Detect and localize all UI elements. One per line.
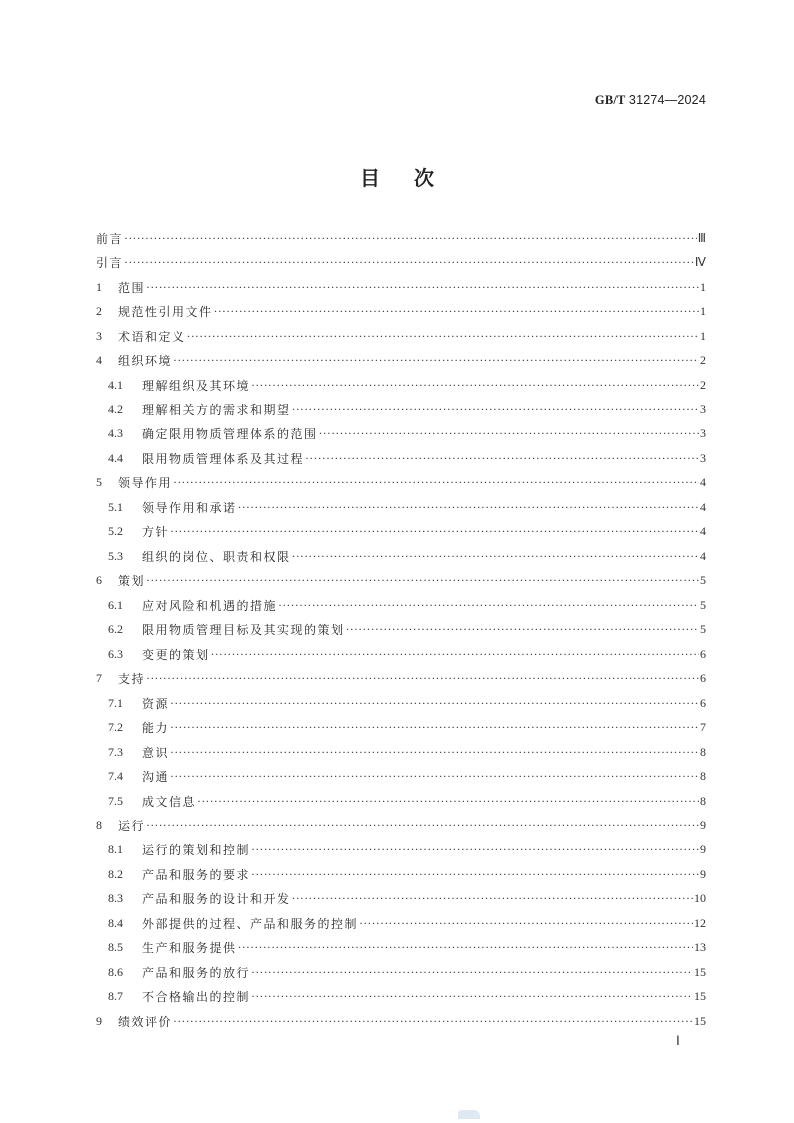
dot-leader (187, 329, 699, 344)
toc-entry[interactable]: 4.4限用物质管理体系及其过程3 (96, 446, 706, 470)
dot-leader (124, 231, 697, 246)
toc-entry-label: 组织的岗位、职责和权限 (142, 548, 291, 565)
toc-entry-number: 8.7 (108, 989, 142, 1004)
toc-entry-label: 引言 (96, 254, 123, 271)
toc-entry-number: 5 (96, 475, 118, 490)
standard-prefix: GB/T (595, 93, 626, 107)
toc-entry[interactable]: 7.2能力7 (96, 715, 706, 739)
toc-entry-label: 支持 (118, 670, 145, 687)
toc-entry-page: 2 (700, 378, 706, 393)
toc-entry[interactable]: 4组织环境2 (96, 348, 706, 372)
page-title: 目次 (0, 162, 794, 191)
toc-entry-page: Ⅲ (698, 231, 706, 246)
toc-entry-label: 生产和服务提供 (142, 939, 237, 956)
dot-leader (319, 426, 699, 441)
toc-entry-page: 7 (700, 720, 706, 735)
toc-entry-label: 领导作用和承诺 (142, 499, 237, 516)
toc-entry-number: 7 (96, 671, 118, 686)
toc-entry[interactable]: 2规范性引用文件1 (96, 299, 706, 323)
toc-entry[interactable]: 7.4沟通8 (96, 764, 706, 788)
toc-entry-page: 9 (700, 818, 706, 833)
toc-entry-label: 前言 (96, 230, 123, 247)
toc-entry-page: 2 (700, 353, 706, 368)
toc-entry-page: 3 (700, 426, 706, 441)
dot-leader (170, 720, 699, 735)
toc-entry-label: 限用物质管理体系及其过程 (142, 450, 304, 467)
toc-entry[interactable]: 6.3变更的策划6 (96, 642, 706, 666)
toc-entry-label: 理解相关方的需求和期望 (142, 401, 291, 418)
toc-entry-page: 12 (694, 916, 706, 931)
toc-entry-label: 能力 (142, 719, 169, 736)
toc-entry-page: 4 (700, 475, 706, 490)
toc-entry-label: 应对风险和机遇的措施 (142, 597, 277, 614)
toc-entry-label: 意识 (142, 744, 169, 761)
dot-leader (238, 940, 693, 955)
toc-entry-number: 8.5 (108, 940, 142, 955)
toc-entry-number: 4.3 (108, 426, 142, 441)
toc-entry-page: 13 (694, 940, 706, 955)
toc-entry[interactable]: 4.1理解组织及其环境2 (96, 373, 706, 397)
toc-entry-label: 资源 (142, 695, 169, 712)
toc-entry[interactable]: 7支持6 (96, 666, 706, 690)
dot-leader (214, 304, 699, 319)
toc-entry-label: 术语和定义 (118, 328, 186, 345)
dot-leader (292, 402, 699, 417)
toc-entry-number: 8.2 (108, 867, 142, 882)
toc-entry-page: 8 (700, 745, 706, 760)
dot-leader (359, 916, 693, 931)
toc-entry[interactable]: 8.1运行的策划和控制9 (96, 838, 706, 862)
toc-entry-number: 7.5 (108, 794, 142, 809)
toc-entry[interactable]: 3术语和定义1 (96, 324, 706, 348)
toc-entry[interactable]: 8.4外部提供的过程、产品和服务的控制12 (96, 911, 706, 935)
toc-entry[interactable]: 5.1领导作用和承诺4 (96, 495, 706, 519)
dot-leader (170, 745, 699, 760)
toc-entry-page: 9 (700, 842, 706, 857)
toc-entry-page: Ⅳ (695, 255, 706, 270)
toc-entry-page: 5 (700, 622, 706, 637)
toc-entry-number: 4.4 (108, 451, 142, 466)
toc-entry-number: 2 (96, 304, 118, 319)
toc-entry[interactable]: 前言Ⅲ (96, 226, 706, 250)
dot-leader (173, 1014, 693, 1029)
dot-leader (278, 598, 699, 613)
toc-entry[interactable]: 8.3产品和服务的设计和开发10 (96, 887, 706, 911)
toc-entry-page: 5 (700, 573, 706, 588)
toc-entry-number: 4 (96, 353, 118, 368)
toc-entry[interactable]: 4.2理解相关方的需求和期望3 (96, 397, 706, 421)
dot-leader (292, 549, 699, 564)
toc-entry-number: 6.3 (108, 647, 142, 662)
toc-entry-number: 5.3 (108, 549, 142, 564)
toc-entry-number: 5.1 (108, 500, 142, 515)
toc-entry-number: 6.1 (108, 598, 142, 613)
toc-entry-page: 8 (700, 769, 706, 784)
toc-entry[interactable]: 9绩效评价15 (96, 1009, 706, 1033)
toc-entry[interactable]: 5.2方针4 (96, 520, 706, 544)
toc-entry-number: 8.3 (108, 891, 142, 906)
toc-entry-page: 4 (700, 524, 706, 539)
toc-entry-page: 3 (700, 451, 706, 466)
dot-leader (173, 475, 699, 490)
toc-entry[interactable]: 8.7不合格输出的控制15 (96, 985, 706, 1009)
toc-entry[interactable]: 8.6产品和服务的放行15 (96, 960, 706, 984)
toc-entry[interactable]: 8运行9 (96, 813, 706, 837)
toc-entry[interactable]: 5领导作用4 (96, 471, 706, 495)
toc-entry-label: 不合格输出的控制 (142, 988, 250, 1005)
toc-entry-label: 策划 (118, 572, 145, 589)
toc-entry-page: 10 (694, 891, 706, 906)
toc-entry-page: 8 (700, 794, 706, 809)
toc-entry-number: 6 (96, 573, 118, 588)
toc-entry-label: 沟通 (142, 768, 169, 785)
toc-entry-page: 15 (694, 1014, 706, 1029)
dot-leader (346, 622, 699, 637)
dot-leader (251, 867, 699, 882)
toc-entry-number: 7.1 (108, 696, 142, 711)
toc-entry-number: 7.3 (108, 745, 142, 760)
dot-leader (251, 842, 699, 857)
toc-entry[interactable]: 8.2产品和服务的要求9 (96, 862, 706, 886)
toc-entry-page: 6 (700, 671, 706, 686)
toc-entry-label: 产品和服务的设计和开发 (142, 890, 291, 907)
dot-leader (292, 891, 693, 906)
toc-entry-page: 1 (700, 329, 706, 344)
dot-leader (124, 255, 694, 270)
dot-leader (238, 500, 699, 515)
toc-entry-number: 3 (96, 329, 118, 344)
toc-entry-number: 8.6 (108, 965, 142, 980)
toc-entry-number: 7.4 (108, 769, 142, 784)
toc-entry-number: 8 (96, 818, 118, 833)
dot-leader (170, 696, 699, 711)
toc-entry-label: 范围 (118, 279, 145, 296)
toc-entry-label: 外部提供的过程、产品和服务的控制 (142, 915, 358, 932)
toc-entry-page: 4 (700, 500, 706, 515)
toc-entry-number: 8.1 (108, 842, 142, 857)
toc-entry-number: 8.4 (108, 916, 142, 931)
toc-entry[interactable]: 6.1应对风险和机遇的措施5 (96, 593, 706, 617)
toc-entry[interactable]: 1范围1 (96, 275, 706, 299)
toc-entry[interactable]: 7.5成文信息8 (96, 789, 706, 813)
standard-number: GB/T 31274—2024 (595, 93, 706, 108)
toc-entry-page: 15 (694, 965, 706, 980)
toc-entry-label: 确定限用物质管理体系的范围 (142, 425, 318, 442)
toc-entry-label: 理解组织及其环境 (142, 377, 250, 394)
dot-leader (305, 451, 699, 466)
toc-entry[interactable]: 6策划5 (96, 569, 706, 593)
dot-leader (170, 769, 699, 784)
toc-entry-number: 7.2 (108, 720, 142, 735)
table-of-contents: 前言Ⅲ引言Ⅳ1范围12规范性引用文件13术语和定义14组织环境24.1理解组织及… (96, 226, 706, 1033)
toc-entry-page: 3 (700, 402, 706, 417)
toc-entry-number: 4.1 (108, 378, 142, 393)
page-number: Ⅰ (676, 1033, 680, 1049)
dot-leader (173, 353, 699, 368)
watermark-icon (458, 1110, 480, 1119)
toc-entry-label: 限用物质管理目标及其实现的策划 (142, 621, 345, 638)
toc-entry[interactable]: 6.2限用物质管理目标及其实现的策划5 (96, 618, 706, 642)
toc-entry-number: 6.2 (108, 622, 142, 637)
toc-entry-label: 规范性引用文件 (118, 303, 213, 320)
toc-entry-label: 绩效评价 (118, 1013, 172, 1030)
toc-entry-label: 领导作用 (118, 474, 172, 491)
toc-entry-page: 5 (700, 598, 706, 613)
toc-entry-page: 1 (700, 280, 706, 295)
toc-entry-page: 15 (694, 989, 706, 1004)
toc-entry-label: 产品和服务的要求 (142, 866, 250, 883)
dot-leader (146, 818, 699, 833)
toc-entry-label: 方针 (142, 523, 169, 540)
toc-entry-page: 9 (700, 867, 706, 882)
toc-entry-page: 6 (700, 647, 706, 662)
dot-leader (251, 989, 693, 1004)
toc-entry[interactable]: 引言Ⅳ (96, 250, 706, 274)
toc-entry-label: 成文信息 (142, 793, 196, 810)
toc-entry-page: 1 (700, 304, 706, 319)
standard-code: 31274—2024 (629, 93, 706, 107)
toc-entry-label: 组织环境 (118, 352, 172, 369)
toc-entry-label: 变更的策划 (142, 646, 210, 663)
toc-entry-label: 运行的策划和控制 (142, 841, 250, 858)
dot-leader (146, 280, 699, 295)
dot-leader (211, 647, 699, 662)
toc-entry-number: 4.2 (108, 402, 142, 417)
toc-entry-number: 5.2 (108, 524, 142, 539)
toc-entry-number: 1 (96, 280, 118, 295)
toc-entry[interactable]: 8.5生产和服务提供13 (96, 936, 706, 960)
toc-entry[interactable]: 7.1资源6 (96, 691, 706, 715)
toc-entry-label: 运行 (118, 817, 145, 834)
dot-leader (170, 524, 699, 539)
toc-entry-label: 产品和服务的放行 (142, 964, 250, 981)
dot-leader (146, 573, 699, 588)
dot-leader (251, 378, 699, 393)
toc-entry[interactable]: 4.3确定限用物质管理体系的范围3 (96, 422, 706, 446)
toc-entry-page: 4 (700, 549, 706, 564)
dot-leader (251, 965, 693, 980)
toc-entry-number: 9 (96, 1014, 118, 1029)
dot-leader (146, 671, 699, 686)
toc-entry[interactable]: 5.3组织的岗位、职责和权限4 (96, 544, 706, 568)
toc-entry-page: 6 (700, 696, 706, 711)
dot-leader (197, 794, 699, 809)
toc-entry[interactable]: 7.3意识8 (96, 740, 706, 764)
